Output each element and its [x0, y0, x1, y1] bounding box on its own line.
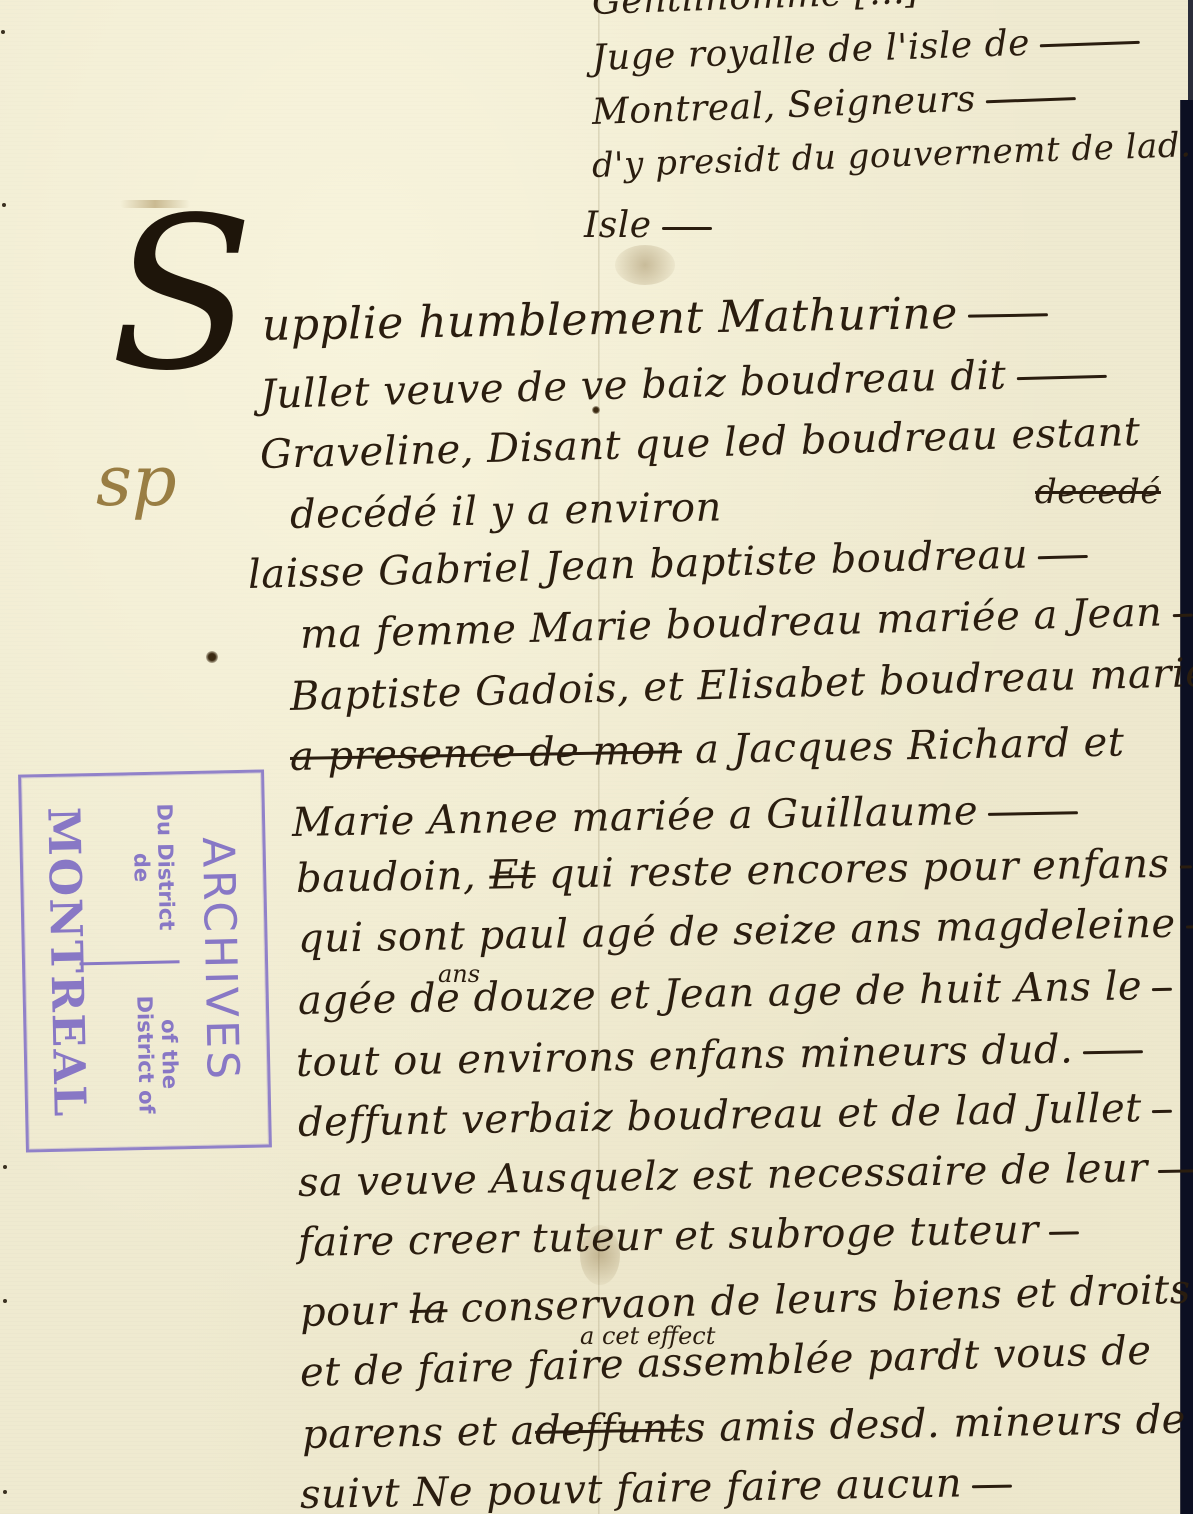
stamp-city: MONTREAL	[37, 782, 96, 1143]
struck-word: Et	[489, 852, 536, 899]
ink-blot	[206, 651, 218, 663]
struck-word: deffunt	[535, 1405, 686, 1454]
margin-dot	[3, 1165, 7, 1169]
body-line: decédé il y a environ	[290, 484, 723, 538]
archives-stamp: ARCHIVES Du District de of the District …	[18, 769, 272, 1152]
margin-dot	[3, 1490, 7, 1494]
stamp-english-label: District of	[131, 968, 159, 1141]
stamp-french-label: de	[127, 781, 155, 954]
paper-stain	[615, 245, 675, 285]
stamp-title: ARCHIVES	[191, 779, 250, 1140]
margin-dot	[3, 1299, 7, 1303]
struck-phrase: a presence de mon	[290, 727, 683, 780]
stamp-english-label: of the	[156, 967, 184, 1140]
page-edge-top	[1188, 0, 1193, 100]
margin-dot	[1, 30, 5, 34]
stamp-divider	[80, 960, 180, 965]
struck-word: la	[409, 1286, 448, 1333]
stamp-french-label: Du District	[152, 780, 180, 953]
struck-word: decedé	[1035, 472, 1161, 512]
decorative-initial: S	[110, 190, 254, 400]
margin-annotation: sp	[96, 440, 177, 522]
margin-dot	[2, 203, 6, 207]
header-line: Isle	[584, 205, 712, 246]
